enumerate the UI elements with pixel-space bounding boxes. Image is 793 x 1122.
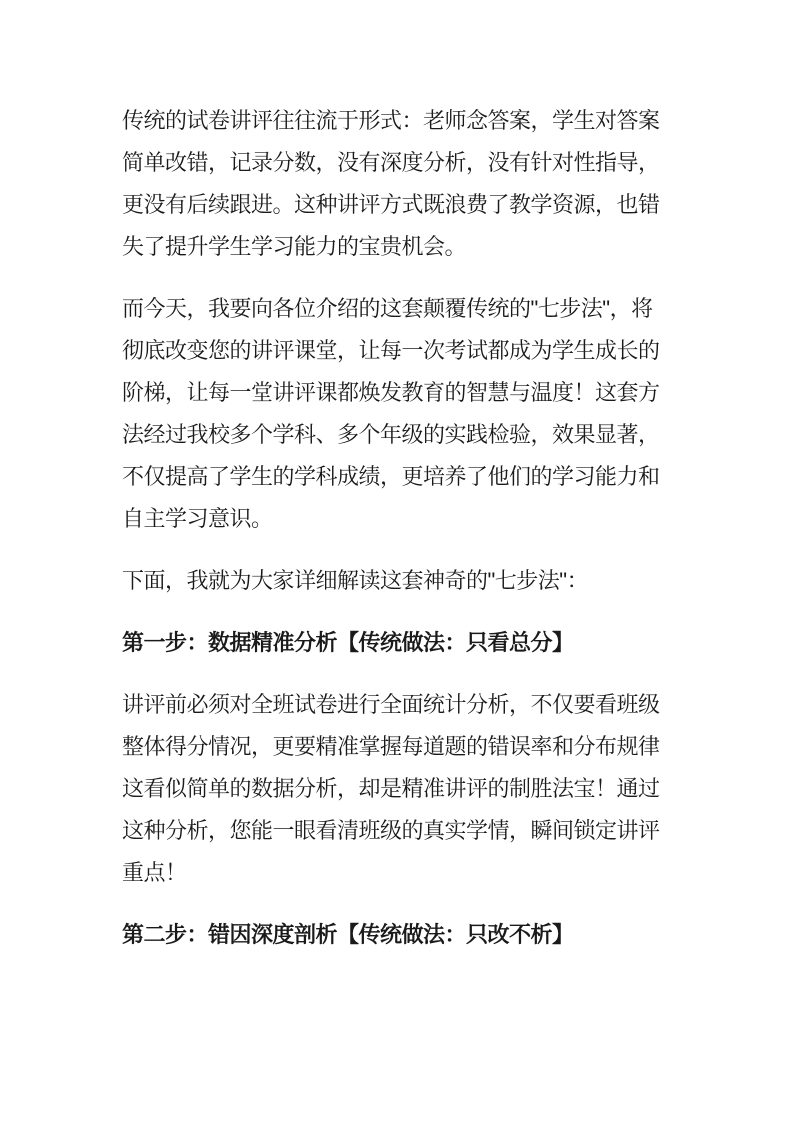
paragraph-step-1-body: 讲评前必须对全班试卷进行全面统计分析，不仅要看班级整体得分情况，更要精准掌握每道… [122,684,672,894]
paragraph-seven-step-intro: 而今天，我要向各位介绍的这套颠覆传统的"七步法"，将彻底改变您的讲评课堂，让每一… [122,288,672,540]
document-page: 传统的试卷讲评往往流于形式：老师念答案，学生对答案简单改错，记录分数，没有深度分… [0,0,793,1122]
paragraph-traditional-review: 传统的试卷讲评往往流于形式：老师念答案，学生对答案简单改错，记录分数，没有深度分… [122,100,672,268]
heading-step-2: 第二步：错因深度剖析【传统做法：只改不析】 [122,914,672,956]
heading-step-1: 第一步：数据精准分析【传统做法：只看总分】 [122,622,672,664]
paragraph-lead-in: 下面，我就为大家详细解读这套神奇的"七步法"： [122,560,672,602]
